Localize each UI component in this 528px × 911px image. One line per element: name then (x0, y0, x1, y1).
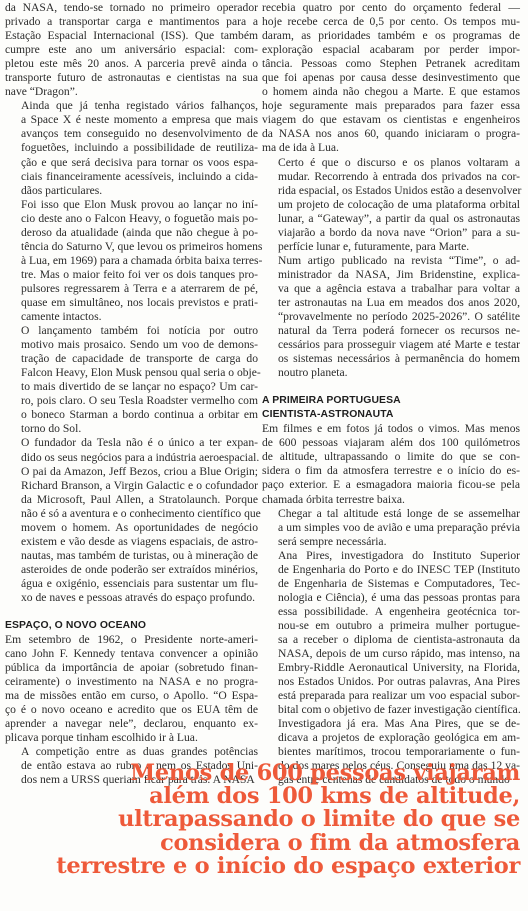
text-line: ro, pois claro. O seu Tesla Roadster ver… (5, 394, 258, 408)
text-line: Richard Branson, a Virgin Galactic e o c… (5, 479, 258, 493)
text-line: está preparada para realizar um voo espa… (262, 689, 520, 703)
text-line: os sistemas necessários à permanência do… (262, 352, 520, 366)
pull-quote-line: terrestre e o início do espaço exterior (0, 855, 520, 878)
text-line: NASA, depois de um curso rápido, mas int… (262, 647, 520, 661)
text-line: o homem ainda não chegou a Marte. E que … (262, 85, 520, 99)
text-line: cio deste ano o Falcon Heavy, o foguetão… (5, 212, 258, 226)
text-line: chamada órbita terrestre baixa. (262, 493, 520, 507)
article-paragraph: O lançamento também foi notícia por outr… (5, 324, 258, 436)
text-line: ter astronautas na Lua em meados dos ano… (262, 296, 520, 310)
text-line: de Engenharia do Porto e do INESC TEP (I… (262, 563, 520, 577)
text-line: da NASA nos anos 60, quando iniciaram o … (262, 127, 520, 141)
article-column-left: da NASA, tendo-se tornado no primeiro op… (5, 1, 258, 788)
text-line: dicava a projetos de exploração geológic… (262, 731, 520, 745)
text-line: o boneco Starman a bordo continua a orbi… (5, 408, 258, 422)
text-line: bientes marítimos, trocou temporariament… (262, 745, 520, 759)
text-line: que foi apenas por causa desse desinvest… (262, 71, 520, 85)
article-paragraph: Chegar a tal altitude está longe de se a… (262, 507, 520, 549)
text-line: Embry-Riddle Aeronautical University, na… (262, 661, 520, 675)
pull-quote-line: ultrapassando o limite do que se (0, 808, 520, 831)
text-line: de Engenharia de Sistemas e Computadores… (262, 577, 520, 591)
text-line: nos Estados Unidos. Por outras palavras,… (262, 675, 520, 689)
pull-quote-line: Menos de 600 pessoas viajaram (0, 762, 520, 785)
text-line: hoje seguramente mais preparados para fa… (262, 99, 520, 113)
text-line: rida espacial, os Estados Unidos estão a… (262, 184, 520, 198)
text-line: cano John F. Kennedy tentava convencer a… (5, 647, 258, 661)
text-line: movem o homem. As oportunidades de negóc… (5, 521, 258, 535)
text-line: natural da Terra poderá fornecer os recu… (262, 324, 520, 338)
text-line: de 600 pessoas viajaram além dos 100 qui… (262, 436, 520, 450)
text-line: ma de missões então em curso, o Apollo. … (5, 689, 258, 703)
text-line: plicava porque tinham escolhido ir à Lua… (5, 731, 258, 745)
pull-quote: Menos de 600 pessoas viajaramalém dos 10… (0, 762, 520, 878)
text-line: tração de capacidade de transporte de ca… (5, 352, 258, 366)
text-line: água e oxigénio, essenciais para sustent… (5, 577, 258, 591)
text-line: Falcon Heavy, Elon Musk pensou qual seri… (5, 366, 258, 380)
text-line: um projeto de colocação de uma plataform… (262, 198, 520, 212)
text-line: mudar. Recorrendo à entrada dos privados… (262, 170, 520, 184)
article-column-right: recebia quatro por cento do orçamento fe… (262, 1, 520, 787)
article-paragraph: Num artigo publicado na revista “Time”, … (262, 254, 520, 380)
text-line: Em setembro de 1962, o Presidente norte-… (5, 633, 258, 647)
article-paragraph: Foi isso que Elon Musk provou ao lançar … (5, 198, 258, 324)
text-line: dãos particulares. (5, 184, 258, 198)
pull-quote-line: considera o fim da atmosfera (0, 832, 520, 855)
text-line: ministrador da NASA, Jim Bridenstine, ex… (262, 268, 520, 282)
text-line: bital com o objetivo de fazer investigaç… (262, 703, 520, 717)
text-line: noutro planeta. (262, 366, 520, 380)
text-line: ção e que será decisiva para tornar os v… (5, 156, 258, 170)
text-line: será sempre necessária. (262, 535, 520, 549)
magazine-page: da NASA, tendo-se tornado no primeiro op… (0, 0, 528, 911)
text-line: tência do Saturno V, que levou os primei… (5, 240, 258, 254)
article-paragraph: Em setembro de 1962, o Presidente norte-… (5, 633, 258, 745)
article-paragraph: da NASA, tendo-se tornado no primeiro op… (5, 1, 258, 99)
text-line: deroso da atualidade (ainda que não cheg… (5, 226, 258, 240)
text-line: ma de ida à Lua. (262, 141, 520, 155)
text-line: sidera o fim da atmosfera terrestre e o … (262, 464, 520, 478)
text-line: nave “Dragon”. (5, 85, 258, 99)
text-line: A competição entre as duas grandes potên… (5, 745, 258, 759)
article-paragraph: Certo é que o discurso e os planos volta… (262, 156, 520, 254)
text-line: Investigadora já era. Mas Ana Pires, que… (262, 717, 520, 731)
text-line: perfície lunar e, futuramente, para Mart… (262, 240, 520, 254)
text-line: a Space X é neste momento a empresa que … (5, 113, 258, 127)
text-line: tre. Mas o maior feito foi ver os dois t… (5, 268, 258, 282)
text-line: quase em simultâneo, nos locais previsto… (5, 296, 258, 310)
text-line: viagem do que estavam os cientistas e en… (262, 113, 520, 127)
text-line: camente intactos. (5, 310, 258, 324)
text-line: Foi isso que Elon Musk provou ao lançar … (5, 198, 258, 212)
article-paragraph: Em filmes e em fotos já todos o vimos. M… (262, 422, 520, 506)
text-line: to mais divertido de se lançar no espaço… (5, 380, 258, 394)
text-line: Ainda que já tenha registado vários falh… (5, 99, 258, 113)
text-line: exploração espacial acabaram por perder … (262, 43, 520, 57)
section-subheading: A PRIMEIRA PORTUGUESA (262, 394, 520, 408)
text-line: paço exterior. E a esmagadora maioria fi… (262, 478, 520, 492)
text-line: de altitude, ultrapassando o limite do q… (262, 450, 520, 464)
text-line: transporte futuro de astronautas e cient… (5, 71, 258, 85)
text-line: “provavelmente no período 2025-2026”. O … (262, 310, 520, 324)
text-line: ciais financeiramente acessíveis, inclui… (5, 170, 258, 184)
text-line: pletou este mês 20 anos. A parceria prev… (5, 57, 258, 71)
article-paragraph: O fundador da Tesla não é o único a ter … (5, 436, 258, 605)
text-line: cumpre este ano um aniversário espacial:… (5, 43, 258, 57)
text-line: privado a transportar carga e mantimento… (5, 15, 258, 29)
section-subheading: ESPAÇO, O NOVO OCEANO (5, 619, 258, 633)
text-line: da NASA, tendo-se tornado no primeiro op… (5, 1, 258, 15)
text-line: da Microsoft, Paul Allen, a Stratolaunch… (5, 493, 258, 507)
text-line: xo de naves e pessoas através do espaço … (5, 591, 258, 605)
text-line: ço é o novo oceano e acredito que os EUA… (5, 703, 258, 717)
section-subheading: CIENTISTA-ASTRONAUTA (262, 408, 520, 422)
text-line: hoje recebe cerca de 0,5 por cento. Os t… (262, 15, 520, 29)
text-line: va que a agência estava a trabalhar para… (262, 282, 520, 296)
text-line: daram, as prioridades também e os progra… (262, 29, 520, 43)
text-line: O fundador da Tesla não é o único a ter … (5, 436, 258, 450)
text-line: ceiramente) o investimento na NASA e no … (5, 675, 258, 689)
text-line: recebia quatro por cento do orçamento fe… (262, 1, 520, 15)
text-line: cessários para prosseguir viagem até Mar… (262, 338, 520, 352)
text-line: foguetões, incluindo a possibilidade de … (5, 141, 258, 155)
text-line: Num artigo publicado na revista “Time”, … (262, 254, 520, 268)
text-line: não é só a aventura e o conhecimento cie… (5, 507, 258, 521)
text-line: O pai da Amazon, Jeff Bezos, criou a Blu… (5, 465, 258, 479)
text-line: Ana Pires, investigadora do Instituto Su… (262, 549, 520, 563)
text-line: Em filmes e em fotos já todos o vimos. M… (262, 422, 520, 436)
text-line: aprender a navegar nele”, declarou, enqu… (5, 717, 258, 731)
text-line: viajarão a bordo da nova nave “Orion” pa… (262, 226, 520, 240)
text-line: asteroides de onde poderão ser extraídos… (5, 563, 258, 577)
text-line: à Lua, em 1969) para a chamada órbita ba… (5, 254, 258, 268)
article-paragraph: Ainda que já tenha registado vários falh… (5, 99, 258, 197)
text-line: Estação Espacial Internacional (ISS). Qu… (5, 29, 258, 43)
text-line: Chegar a tal altitude está longe de se a… (262, 507, 520, 521)
text-line: dido os seus negócios para a indústria a… (5, 451, 258, 465)
text-line: avanços tem conseguido no desenvolviment… (5, 127, 258, 141)
text-line: sa a receber o diploma de cientista-astr… (262, 633, 520, 647)
text-line: pública da importância de apoiar (sobret… (5, 661, 258, 675)
text-line: O lançamento também foi notícia por outr… (5, 324, 258, 338)
text-line: existem e vão desde as viagens espaciais… (5, 535, 258, 549)
text-line: torno do Sol. (5, 422, 258, 436)
text-line: tância. Pessoas como Stephen Petranek ac… (262, 57, 520, 71)
text-line: pulsores regressarem à Terra e a aterrar… (5, 282, 258, 296)
article-paragraph: recebia quatro por cento do orçamento fe… (262, 1, 520, 156)
text-line: a um simples voo de avião e uma preparaç… (262, 521, 520, 535)
text-line: motivo mais prosaico. Sendo um voo de de… (5, 338, 258, 352)
pull-quote-line: além dos 100 kms de altitude, (0, 785, 520, 808)
text-line: Certo é que o discurso e os planos volta… (262, 156, 520, 170)
text-line: essa possibilidade. A engenheira geotécn… (262, 605, 520, 619)
text-line: nautas, mas também de turistas, ou à min… (5, 549, 258, 563)
text-line: nologia e Ciência), é uma das pessoas pr… (262, 591, 520, 605)
article-paragraph: Ana Pires, investigadora do Instituto Su… (262, 549, 520, 718)
text-line: nou-se em outubro a primeira mulher port… (262, 619, 520, 633)
text-line: lunar, a “Gateway”, a partir da qual os … (262, 212, 520, 226)
